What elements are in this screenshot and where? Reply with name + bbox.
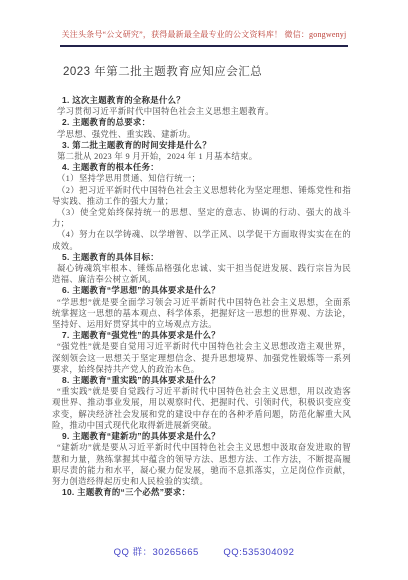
answer-paragraph: （1）坚持学思用贯通、知信行统一；: [52, 173, 351, 184]
question-paragraph: 5. 主题教育的具体目标：: [52, 252, 351, 263]
answer-paragraph: “学思想”就是要全面学习领会习近平新时代中国特色社会主义思想，全面系统掌握这一思…: [52, 297, 351, 331]
answer-paragraph: （2）把习近平新时代中国特色社会主义思想转化为坚定理想、锤炼党性和指导实践、推动…: [52, 185, 351, 207]
page-footer: QQ 群：30265665 QQ:535304092: [0, 544, 408, 558]
answer-paragraph: （3）使全党始终保持统一的思想、坚定的意志、协调的行动、强大的战斗力；: [52, 207, 351, 229]
question-paragraph: 1. 这次主题教育的全称是什么？: [52, 95, 351, 106]
answer-paragraph: 第二批从 2023 年 9 月开始，2024 年 1 月基本结束。: [52, 151, 351, 162]
document-body: 1. 这次主题教育的全称是什么？学习贯彻习近平新时代中国特色社会主义思想主题教育…: [52, 95, 351, 498]
question-paragraph: 2. 主题教育的总要求：: [52, 117, 351, 128]
qq-contact: QQ:535304092: [223, 547, 294, 558]
answer-paragraph: “建新功”就是要从习近平新时代中国特色社会主义思想中汲取奋发进取的智慧和力量，熟…: [52, 442, 351, 487]
page-title: 2023 年第二批主题教育应知应会汇总: [63, 63, 262, 79]
document-page: 关注头条号“公文研究”，获得最新最全最专业的公文资料库！ 微信：gongweny…: [0, 0, 408, 580]
answer-paragraph: “强党性”就是要自觉用习近平新时代中国特色社会主义思想改造主观世界，深刻领会这一…: [52, 341, 351, 375]
answer-paragraph: 凝心铸魂筑牢根本、锤炼品格强化忠诚、实干担当促进发展、践行宗旨为民造福、廉洁奉公…: [52, 263, 351, 285]
question-paragraph: 3. 第二批主题教育的时间安排是什么？: [52, 140, 351, 151]
question-paragraph: 9. 主题教育“建新功”的具体要求是什么？: [52, 431, 351, 442]
answer-paragraph: 学思想、强党性、重实践、建新功。: [52, 129, 351, 140]
header-notice-text: 关注头条号“公文研究”，获得最新最全最专业的公文资料库！ 微信：gongweny…: [62, 30, 347, 39]
question-paragraph: 10. 主题教育的“三个必然”要求：: [52, 487, 351, 498]
answer-paragraph: 学习贯彻习近平新时代中国特色社会主义思想主题教育。: [52, 106, 351, 117]
page-header: 关注头条号“公文研究”，获得最新最全最专业的公文资料库！ 微信：gongweny…: [60, 24, 348, 47]
answer-paragraph: （4）努力在以学铸魂、以学增智、以学正风、以学促干方面取得实实在在的成效。: [52, 229, 351, 251]
question-paragraph: 4. 主题教育的根本任务：: [52, 162, 351, 173]
question-paragraph: 7. 主题教育“强党性”的具体要求是什么？: [52, 330, 351, 341]
question-paragraph: 8. 主题教育“重实践”的具体要求是什么？: [52, 375, 351, 386]
answer-paragraph: “重实践”就是要自觉践行习近平新时代中国特色社会主义思想，用以改造客观世界、推动…: [52, 386, 351, 431]
qq-group-contact: QQ 群：30265665: [114, 544, 199, 558]
question-paragraph: 6. 主题教育“学思想”的具体要求是什么？: [52, 285, 351, 296]
